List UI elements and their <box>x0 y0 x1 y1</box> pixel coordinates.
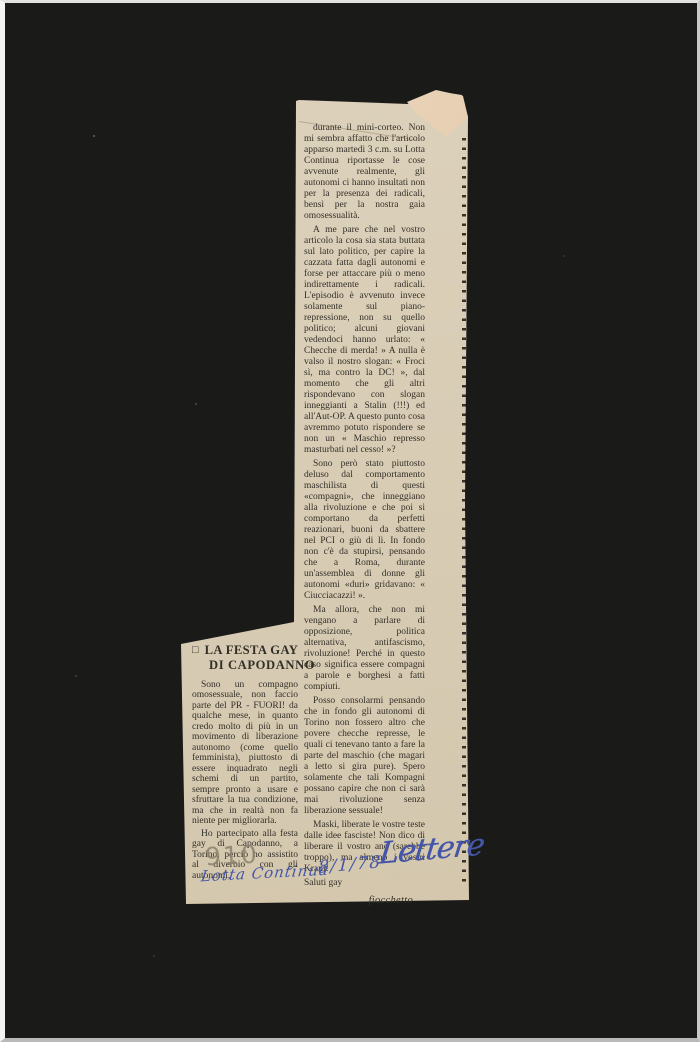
right-column-paragraph-6: Maski, liberate le vostre teste dalle id… <box>304 820 425 875</box>
right-column-paragraph-4: Ma allora, che non mi vengano a parlare … <box>304 605 425 693</box>
right-column-paragraph-1: durante il mini-corteo. Non mi sembra af… <box>304 123 425 222</box>
scan-background: □ LA FESTA GAY DI CAPODANNO Sono un comp… <box>0 0 700 1042</box>
left-column: □ LA FESTA GAY DI CAPODANNO Sono un comp… <box>192 644 298 883</box>
left-column-paragraph-2: Ho partecipato alla festa gay di Capodan… <box>192 829 298 882</box>
right-column-paragraph-3: Sono però stato piuttosto deluso dal com… <box>304 459 425 602</box>
right-column-paragraph-2: A me pare che nel vostro articolo la cos… <box>304 225 425 456</box>
checkbox-marker: □ <box>192 644 199 656</box>
headline-line1: LA FESTA GAY <box>205 643 299 657</box>
headline-line2: DI CAPODANNO <box>192 659 298 673</box>
closing-salutation: Saluti gay <box>304 878 425 889</box>
right-column: durante il mini-corteo. Non mi sembra af… <box>304 123 425 906</box>
author-signature: fiocchetto <box>304 895 425 906</box>
perforated-edge <box>462 131 466 887</box>
dust-specks <box>93 135 95 137</box>
article-headline: □ LA FESTA GAY DI CAPODANNO <box>192 644 298 673</box>
right-column-paragraph-5: Posso consolarmi pensando che in fondo g… <box>304 696 425 817</box>
left-column-paragraph-1: Sono un compagno omosessuale, non faccio… <box>192 680 298 827</box>
